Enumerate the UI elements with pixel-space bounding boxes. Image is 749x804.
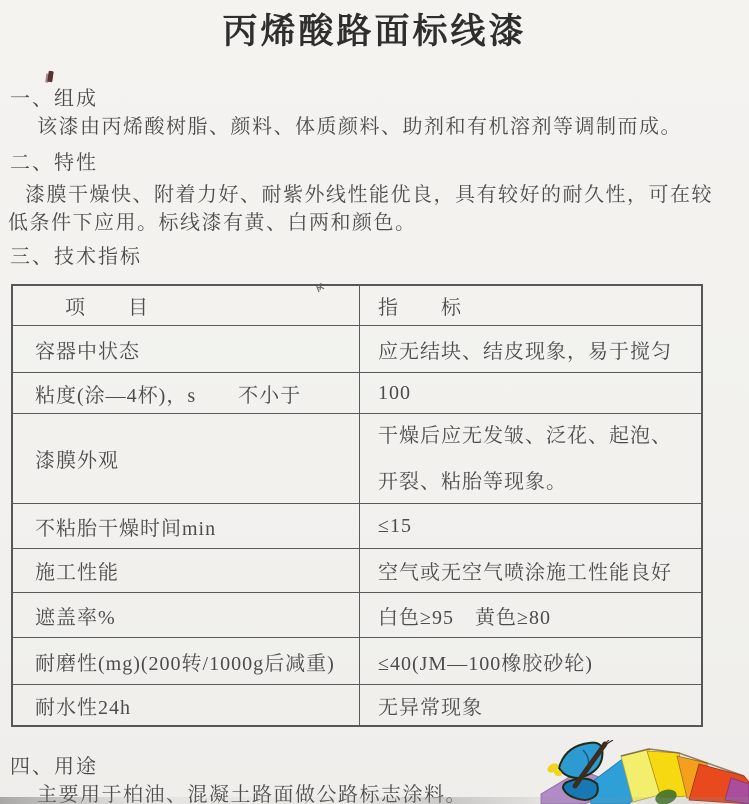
paragraph-properties-line2: 低条件下应用。标线漆有黄、白两和颜色。 xyxy=(8,206,417,235)
header-cell-item: 项 目 xyxy=(13,286,359,325)
cell-value: ≤40(JM—100橡胶砂轮) xyxy=(359,638,701,684)
cell-value: 应无结块、结皮现象，易于搅匀 xyxy=(359,326,701,372)
section-heading-properties: 二、特性 xyxy=(10,146,98,175)
specs-table: 项 目 指 标 容器中状态 应无结块、结皮现象，易于搅匀 粘度(涂—4杯)，s … xyxy=(11,284,703,727)
table-row: 粘度(涂—4杯)，s 不小于 100 xyxy=(13,372,701,413)
cell-value: 空气或无空气喷涂施工性能良好 xyxy=(359,549,701,592)
cell-item: 不粘胎干燥时间min xyxy=(13,504,359,548)
cell-value: 无异常现象 xyxy=(359,685,701,725)
section-heading-usage: 四、用途 xyxy=(10,750,98,779)
table-row: 耐磨性(mg)(200转/1000g后减重) ≤40(JM—100橡胶砂轮) xyxy=(13,637,701,684)
table-row: 漆膜外观 干燥后应无发皱、泛花、起泡、 开裂、粘胎等现象。 xyxy=(13,413,701,503)
document-page: 丙烯酸路面标线漆 一、组成 该漆由丙烯酸树脂、颜料、体质颜料、助剂和有机溶剂等调… xyxy=(0,0,749,804)
table-row: 容器中状态 应无结块、结皮现象，易于搅匀 xyxy=(13,325,701,372)
table-row: 施工性能 空气或无空气喷涂施工性能良好 xyxy=(13,548,701,592)
section-heading-composition: 一、组成 xyxy=(10,82,98,111)
cell-value: 干燥后应无发皱、泛花、起泡、 开裂、粘胎等现象。 xyxy=(359,414,701,503)
cell-value: 100 xyxy=(359,373,701,413)
scan-edge-smudge xyxy=(0,797,749,804)
cell-value: ≤15 xyxy=(359,504,701,548)
section-heading-specs: 三、技术指标 xyxy=(10,240,142,269)
butterfly-color-fan-image xyxy=(539,740,749,804)
paragraph-properties-line1: 漆膜干燥快、附着力好、耐紫外线性能优良，具有较好的耐久性，可在较 xyxy=(25,178,713,207)
cell-item: 粘度(涂—4杯)，s 不小于 xyxy=(13,373,359,413)
cell-item: 耐磨性(mg)(200转/1000g后减重) xyxy=(13,638,359,684)
cell-item: 施工性能 xyxy=(13,549,359,592)
table-row: 耐水性24h 无异常现象 xyxy=(13,684,701,725)
table-header-row: 项 目 指 标 xyxy=(13,286,701,325)
page-title: 丙烯酸路面标线漆 xyxy=(0,4,749,54)
cell-item: 漆膜外观 xyxy=(13,414,359,503)
table-row: 不粘胎干燥时间min ≤15 xyxy=(13,503,701,548)
paragraph-composition: 该漆由丙烯酸树脂、颜料、体质颜料、助剂和有机溶剂等调制而成。 xyxy=(37,110,682,139)
ink-spot-artifact xyxy=(47,71,53,83)
cell-item: 容器中状态 xyxy=(13,326,359,372)
cell-value: 白色≥95 黄色≥80 xyxy=(359,593,701,637)
header-cell-spec: 指 标 xyxy=(359,286,701,325)
cell-item: 耐水性24h xyxy=(13,685,359,725)
cell-item: 遮盖率% xyxy=(13,593,359,637)
table-row: 遮盖率% 白色≥95 黄色≥80 xyxy=(13,592,701,637)
